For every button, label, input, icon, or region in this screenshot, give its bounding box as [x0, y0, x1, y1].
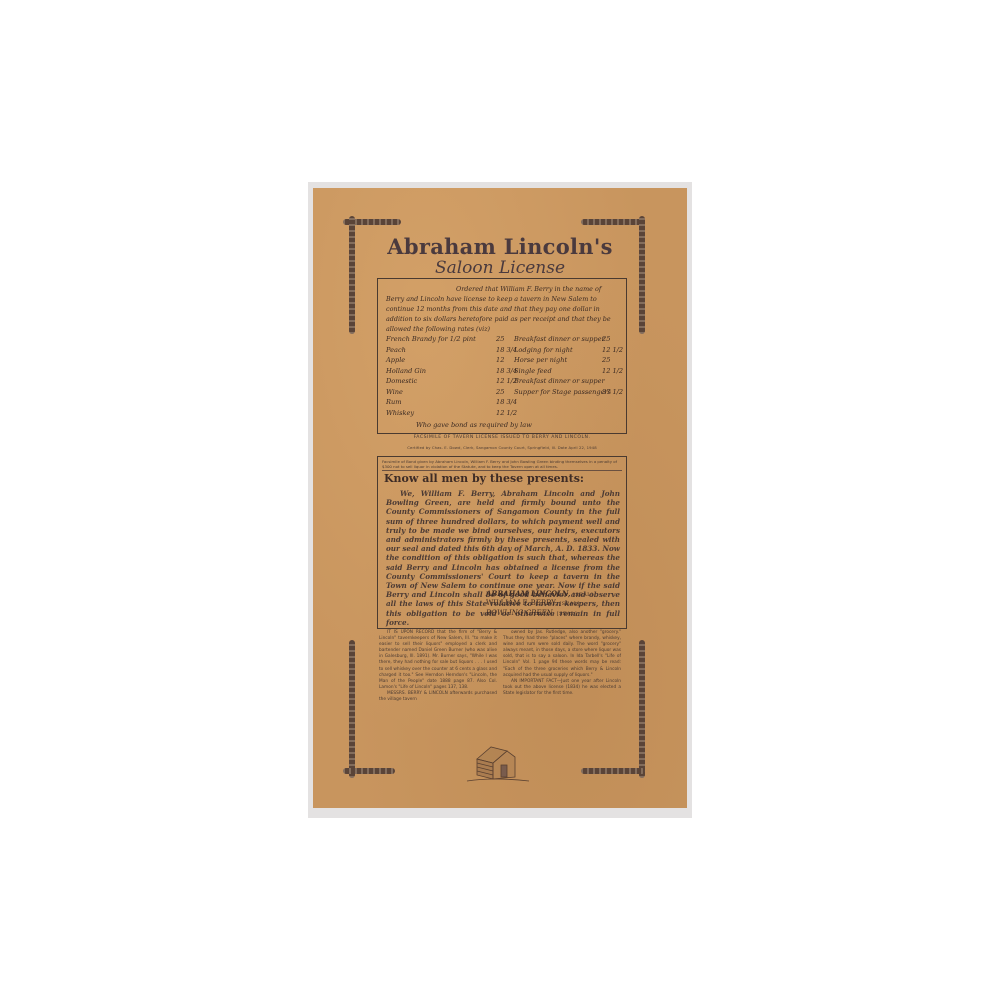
log-frame-top-right-h — [581, 219, 643, 225]
license-facsimile: Ordered that William F. Berry in the nam… — [377, 278, 627, 434]
signature-lincoln: ABRAHAM LINCOLN, [SEAL] — [486, 589, 593, 598]
facsimile-caption: FACSIMILE OF TAVERN LICENSE ISSUED TO BE… — [377, 435, 627, 440]
left-column-text: IT IS UPON RECORD that the firm of "Berr… — [379, 630, 497, 703]
bond-note: Facsimile of Bond given by Abraham Linco… — [382, 459, 622, 471]
license-closing: Who gave bond as required by law — [416, 421, 532, 429]
log-frame-bottom-right-h — [581, 768, 645, 774]
rate-row: Peach18 3/4Lodging for night12 1/2 — [386, 346, 620, 356]
rate-row: Rum18 3/4 — [386, 398, 620, 408]
license-intro-text: Ordered that William F. Berry in the nam… — [386, 284, 620, 334]
right-column-text: owned by Jas. Rutledge, also another "gr… — [503, 630, 621, 697]
log-frame-bottom-right-v — [639, 640, 645, 778]
rate-row: French Brandy for 1/2 pint25Breakfast di… — [386, 335, 620, 345]
log-frame-bottom-left-v — [349, 640, 355, 778]
signature-green: BOWLING GREEN, [SEAL] — [486, 609, 577, 617]
rate-row: Holland Gin18 3/4Single feed12 1/2 — [386, 367, 620, 377]
bond-heading: Know all men by these presents: — [384, 472, 584, 485]
certification-line: Certified by Chas. E. Dowd, Clerk, Sanga… — [377, 445, 627, 450]
log-cabin-illustration — [463, 743, 533, 785]
bond-box: Facsimile of Bond given by Abraham Linco… — [377, 456, 627, 629]
document-subtitle: Saloon License — [313, 258, 687, 278]
signature-berry: WILLIAM F. BERRY, [SEAL] — [486, 599, 580, 607]
rate-row: Domestic12 1/2Breakfast dinner or supper — [386, 377, 620, 387]
document-title: Abraham Lincoln's — [313, 234, 687, 259]
rate-row: Wine25Supper for Stage passengers37 1/2 — [386, 388, 620, 398]
rate-row: Apple12Horse per night25 — [386, 356, 620, 366]
rate-row: Whiskey12 1/2 — [386, 409, 620, 419]
document-page: Abraham Lincoln's Saloon License Ordered… — [313, 188, 687, 808]
log-frame-bottom-left-h — [343, 768, 395, 774]
